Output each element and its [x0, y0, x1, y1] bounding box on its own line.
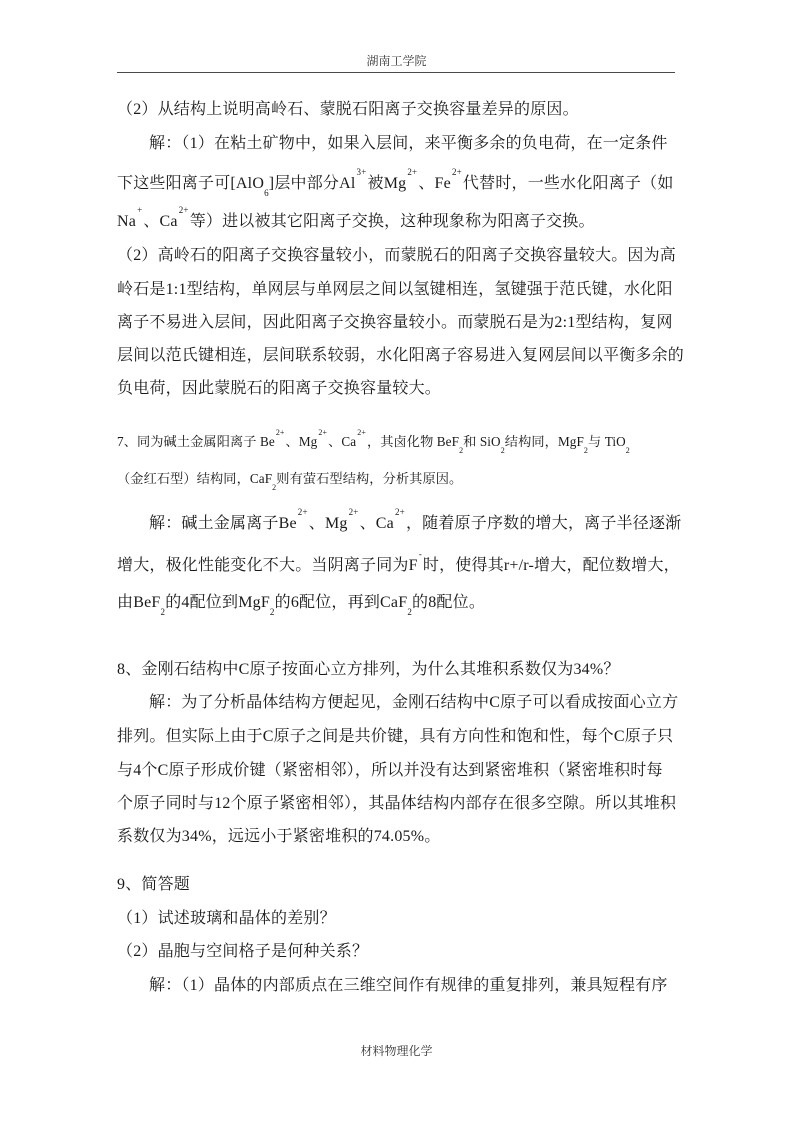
- text: 、Mg: [309, 515, 348, 532]
- text: 增大，极化性能变化不大。当阴离子同为F: [117, 557, 418, 574]
- q9-answer-line1: 解：（1）晶体的内部质点在三维空间作有规律的重复排列，兼具短程有序: [149, 976, 709, 996]
- q6-answer2-line5: 负电荷，因此蒙脱石的阳离子交换容量较大。: [117, 379, 677, 399]
- text: 、Ca: [360, 515, 394, 532]
- superscript: 2+: [349, 507, 359, 517]
- q6-answer2-line2: 岭石是1:1型结构，单网层与单网层之间以氢键相连，氢键强于范氏键，水化阳: [117, 280, 677, 300]
- subscript: 2: [626, 446, 630, 455]
- q7-question-line2: （金红石型）结构同，CaF2则有萤石型结构，分析其原因。: [117, 469, 677, 491]
- text: 、Ca: [143, 213, 177, 230]
- subscript: 2: [270, 607, 275, 617]
- superscript: 2+: [452, 167, 462, 177]
- text: ，其卤化物 BeF: [367, 434, 459, 449]
- q6-answer1-line2: 下这些阳离子可[AlO6]层中部分Al3+被Mg2+、Fe2+代替时，一些水化阳…: [117, 174, 677, 195]
- text: ，随着原子序数的增大，离子半径逐渐: [406, 515, 681, 532]
- subscript: 2: [272, 483, 276, 492]
- subscript: 2: [407, 607, 412, 617]
- text: 下这些阳离子可[AlO: [117, 175, 264, 192]
- q6-answer2-line4: 层间以范氏键相连，层间联系较弱，水化阳离子容易进入复网层间以平衡多余的: [117, 346, 677, 366]
- q8-answer-line5: 系数仅为34%，远远小于紧密堆积的74.05%。: [117, 827, 677, 847]
- text: 时，使得其r+/r-增大，配位数增大，: [423, 557, 680, 574]
- q6-part2-question: （2）从结构上说明高岭石、蒙脱石阳离子交换容量差异的原因。: [117, 100, 677, 120]
- q8-answer-line2: 排列。但实际上由于C原子之间是共价键，具有方向性和饱和性，每个C原子只: [117, 727, 677, 747]
- q7-answer-line1: 解：碱土金属离子Be2+、Mg2+、Ca2+，随着原子序数的增大，离子半径逐渐: [149, 514, 709, 535]
- text: 和 SiO: [463, 434, 501, 449]
- text: 解：碱土金属离子Be: [149, 515, 297, 532]
- superscript: 2+: [395, 507, 405, 517]
- superscript: 2+: [357, 428, 366, 437]
- q8-answer-line4: 个原子同时与12个原子紧密相邻），其晶体结构内部存在很多空隙。所以其堆积: [117, 794, 677, 814]
- superscript: 2+: [298, 507, 308, 517]
- text: Na: [117, 213, 136, 230]
- q8-answer-line3: 与4个C原子形成价键（紧密相邻），所以并没有达到紧密堆积（紧密堆积时每: [117, 761, 677, 781]
- text: 、Ca: [328, 434, 356, 449]
- text: 的6配位，再到CaF: [275, 594, 408, 611]
- q7-answer-line3: 由BeF2的4配位到MgF2的6配位，再到CaF2的8配位。: [117, 593, 677, 614]
- subscript: 2: [584, 446, 588, 455]
- superscript: 2+: [276, 428, 285, 437]
- text: 、Fe: [418, 175, 451, 192]
- text: 由BeF: [117, 594, 160, 611]
- text: 结构同，MgF: [505, 434, 584, 449]
- q8-answer-line1: 解：为了分析晶体结构方便起见，金刚石结构中C原子可以看成按面心立方: [149, 693, 709, 713]
- q9-sub-question-2: （2）晶胞与空间格子是何种关系？: [117, 942, 677, 962]
- text: （金红石型）结构同，CaF: [117, 471, 272, 486]
- text: 的4配位到MgF: [165, 594, 270, 611]
- page-header: 湖南工学院: [0, 52, 793, 69]
- text: 7、同为碱土金属阳离子 Be: [117, 434, 275, 449]
- text: 、Mg: [286, 434, 318, 449]
- text: 等）进以被其它阳离子交换，这种现象称为阳离子交换。: [190, 213, 595, 230]
- text: 则有萤石型结构，分析其原因。: [276, 471, 462, 486]
- subscript: 2: [459, 446, 463, 455]
- q6-answer1-line1: 解：（1）在粘土矿物中，如果入层间，来平衡多余的负电荷，在一定条件: [149, 134, 709, 154]
- text: 代替时，一些水化阳离子（如: [463, 175, 674, 192]
- text: 被Mg: [368, 175, 407, 192]
- q7-question-line1: 7、同为碱土金属阳离子 Be2+、Mg2+、Ca2+，其卤化物 BeF2和 Si…: [117, 432, 677, 454]
- subscript: 2: [160, 607, 165, 617]
- superscript: 2+: [179, 205, 189, 215]
- q9-title: 9、简答题: [117, 875, 677, 895]
- superscript: -: [419, 549, 422, 559]
- text: 与 TiO: [588, 434, 626, 449]
- subscript: 6: [264, 188, 269, 198]
- header-divider: [117, 72, 675, 73]
- superscript: 2+: [407, 167, 417, 177]
- q9-sub-question-1: （1）试述玻璃和晶体的差别？: [117, 909, 677, 929]
- text: 的8配位。: [412, 594, 485, 611]
- q6-answer2-line1: （2）高岭石的阳离子交换容量较小，而蒙脱石的阳离子交换容量较大。因为高: [117, 246, 677, 266]
- q6-answer2-line3: 离子不易进入层间，因此阳离子交换容量较小。而蒙脱石是为2:1型结构，复网: [117, 313, 677, 333]
- superscript: 2+: [318, 428, 327, 437]
- page-footer: 材料物理化学: [0, 1042, 793, 1059]
- superscript: +: [137, 205, 142, 215]
- q6-answer1-line3: Na+、Ca2+等）进以被其它阳离子交换，这种现象称为阳离子交换。: [117, 212, 677, 233]
- q8-question: 8、金刚石结构中C原子按面心立方排列，为什么其堆积系数仅为34%？: [117, 660, 677, 680]
- text: ]层中部分Al: [269, 175, 356, 192]
- superscript: 3+: [357, 167, 367, 177]
- q7-answer-line2: 增大，极化性能变化不大。当阴离子同为F-时，使得其r+/r-增大，配位数增大，: [117, 556, 677, 577]
- subscript: 2: [501, 446, 505, 455]
